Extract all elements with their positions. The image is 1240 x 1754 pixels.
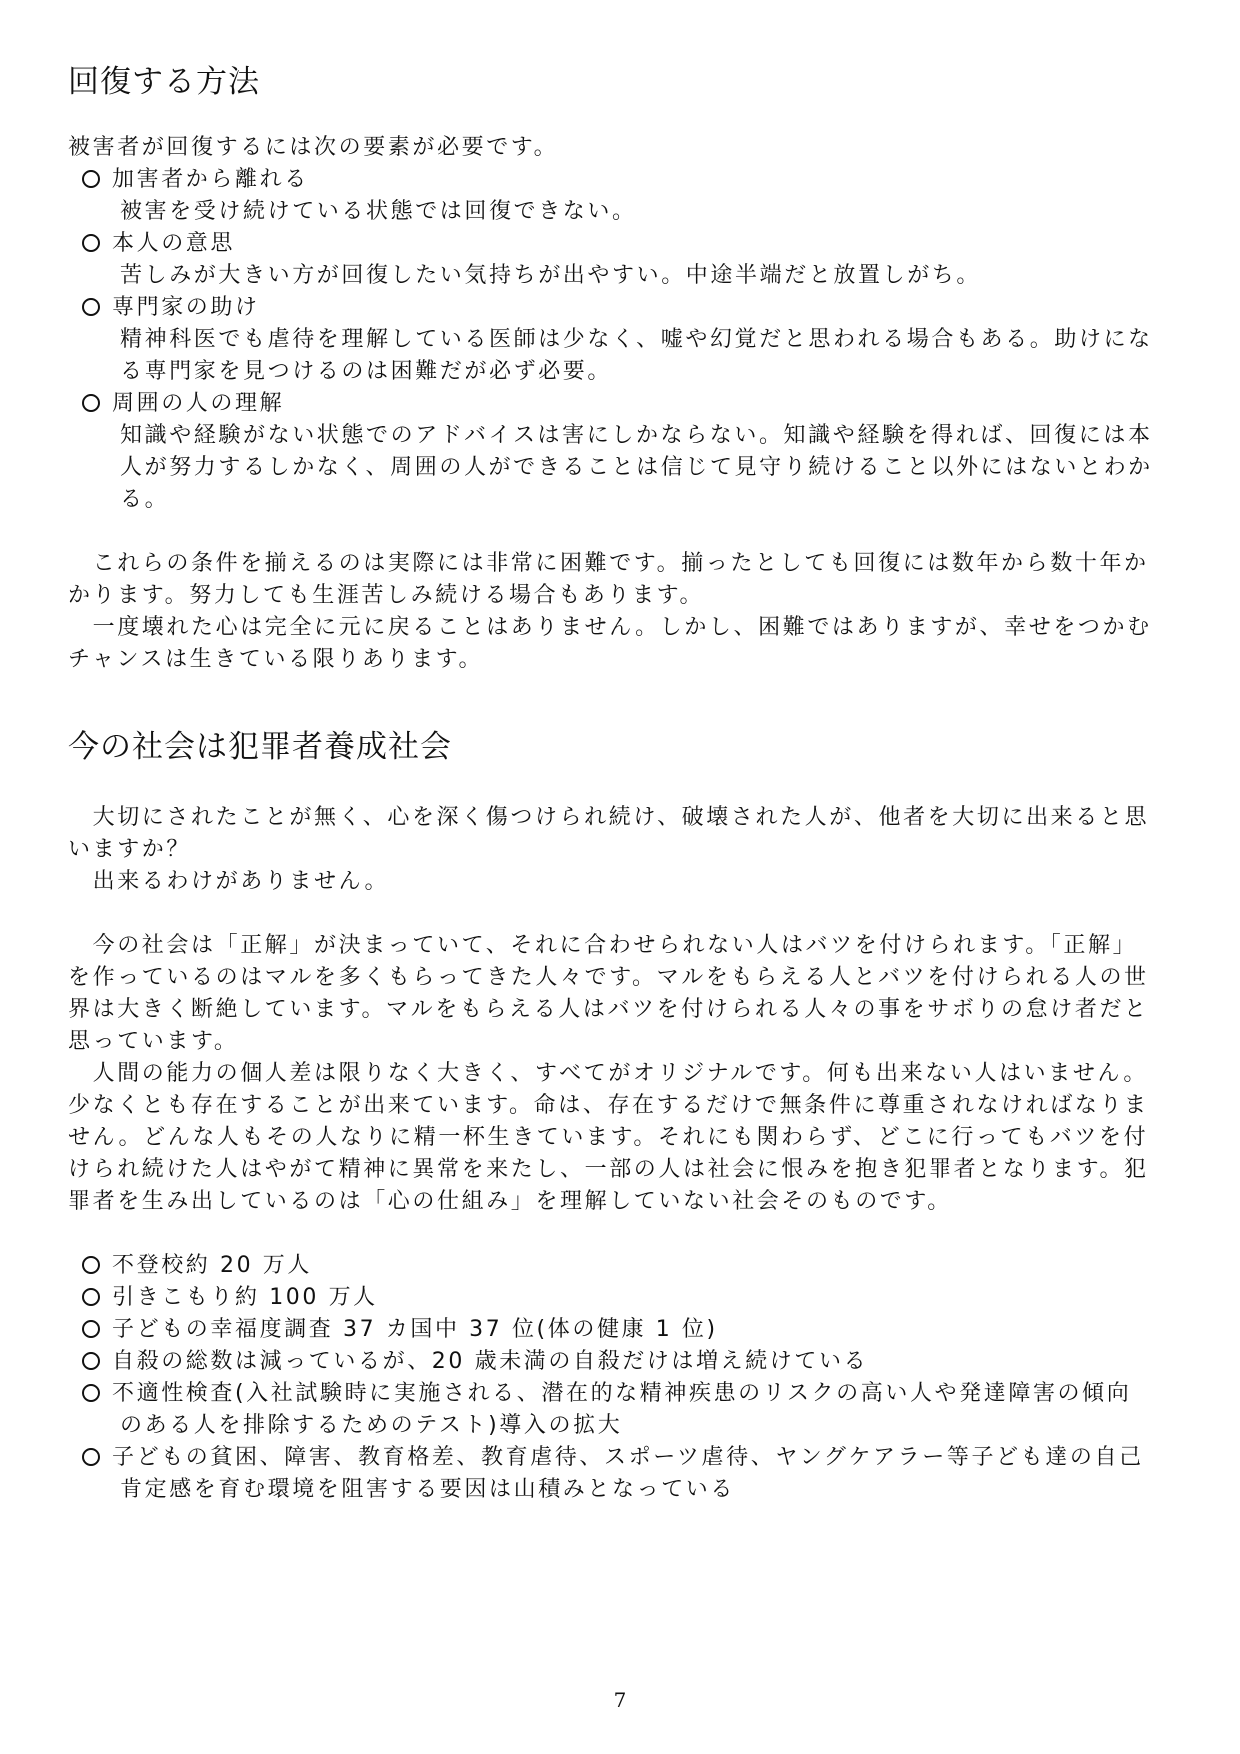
circle-bullet-icon [82,1256,100,1274]
list-item-text: 人が努力するしかなく、周囲の人ができることは信じて見守り続けること以外にはないと… [120,452,1153,484]
fact-text: 不適性検査(入社試験時に実施される、潜在的な精神疾患のリスクの高い人や発達障害の… [112,1381,1131,1406]
list-item-label: 専門家の助け [82,292,260,324]
page-number: 7 [0,1688,1240,1712]
fact-text: 子どもの貧困、障害、教育格差、教育虐待、スポーツ虐待、ヤングケアラー等子ども達の… [112,1445,1144,1470]
paragraph-line: 今の社会は「正解」が決まっていて、それに合わせられない人はバツを付けられます。「… [68,930,1137,962]
circle-bullet-icon [82,1320,100,1338]
fact-item: 不適性検査(入社試験時に実施される、潜在的な精神疾患のリスクの高い人や発達障害の… [82,1378,1131,1410]
circle-bullet-icon [82,1352,100,1370]
paragraph-line: これらの条件を揃えるのは実際には非常に困難です。揃ったとしても回復には数年から数… [68,548,1149,580]
section-intro: 被害者が回復するには次の要素が必要です。 [68,132,558,164]
fact-text: 引きこもり約 100 万人 [112,1285,378,1310]
list-item-label: 加害者から離れる [82,164,309,196]
paragraph-line: を作っているのはマルを多くもらってきた人々です。マルをもらえる人とバツを付けられ… [68,962,1149,994]
paragraph-line: 大切にされたことが無く、心を深く傷つけられ続け、破壊された人が、他者を大切に出来… [68,802,1149,834]
paragraph-line: 人間の能力の個人差は限りなく大きく、すべてがオリジナルです。何も出来ない人はいま… [68,1058,1148,1090]
list-item-text: 精神科医でも虐待を理解している医師は少なく、嘘や幻覚だと思われる場合もある。助け… [120,324,1153,356]
paragraph-line: 少なくとも存在することが出来ています。命は、存在するだけで無条件に尊重されなけれ… [68,1090,1149,1122]
circle-bullet-icon [82,394,100,412]
circle-bullet-icon [82,1448,100,1466]
fact-item: 不登校約 20 万人 [82,1250,312,1282]
paragraph-line: かります。努力しても生涯苦しみ続ける場合もあります。 [68,580,704,612]
list-item-text: る専門家を見つけるのは困難だが必ず必要。 [120,356,612,388]
circle-bullet-icon [82,1288,100,1306]
paragraph-line: 出来るわけがありません。 [68,866,389,898]
fact-item: 子どもの幸福度調査 37 カ国中 37 位(体の健康 1 位) [82,1314,718,1346]
list-item-text: る。 [120,484,169,516]
paragraph-line: 界は大きく断絶しています。マルをもらえる人はバツを付けられる人々の事をサボりの怠… [68,994,1149,1026]
item-label: 専門家の助け [112,295,260,320]
paragraph-line: いますか？ [68,834,191,866]
fact-item: 子どもの貧困、障害、教育格差、教育虐待、スポーツ虐待、ヤングケアラー等子ども達の… [82,1442,1144,1474]
item-label: 周囲の人の理解 [112,391,284,416]
paragraph-line: けられ続けた人はやがて精神に異常を来たし、一部の人は社会に恨みを抱き犯罪者となり… [68,1154,1149,1186]
paragraph-line: せん。どんな人もその人なりに精一杯生きています。それにも関わらず、どこに行っても… [68,1122,1148,1154]
list-item-text: 苦しみが大きい方が回復したい気持ちが出やすい。中途半端だと放置しがち。 [120,260,981,292]
circle-bullet-icon [82,298,100,316]
section-title-recovery: 回復する方法 [68,62,260,102]
paragraph-line: チャンスは生きている限りあります。 [68,644,483,676]
section-title-society: 今の社会は犯罪者養成社会 [68,727,452,767]
list-item-text: 被害を受け続けている状態では回復できない。 [120,196,637,228]
circle-bullet-icon [82,234,100,252]
item-label: 本人の意思 [112,231,235,256]
fact-text: 自殺の総数は減っているが、20 歳未満の自殺だけは増え続けている [112,1349,868,1374]
circle-bullet-icon [82,1384,100,1402]
paragraph-line: 罪者を生み出しているのは「心の仕組み」を理解していない社会そのものです。 [68,1186,952,1218]
fact-text: 不登校約 20 万人 [112,1253,312,1278]
circle-bullet-icon [82,170,100,188]
list-item-text: 知識や経験がない状態でのアドバイスは害にしかならない。知識や経験を得れば、回復に… [120,420,1153,452]
fact-text-continued: 肯定感を育む環境を阻害する要因は山積みとなっている [120,1474,735,1506]
item-label: 加害者から離れる [112,167,309,192]
paragraph-line: 一度壊れた心は完全に元に戻ることはありません。しかし、困難ではありますが、幸せを… [68,612,1152,644]
list-item-label: 本人の意思 [82,228,235,260]
list-item-label: 周囲の人の理解 [82,388,284,420]
fact-item: 自殺の総数は減っているが、20 歳未満の自殺だけは増え続けている [82,1346,868,1378]
fact-text: 子どもの幸福度調査 37 カ国中 37 位(体の健康 1 位) [112,1317,718,1342]
fact-text-continued: のある人を排除するためのテスト)導入の拡大 [120,1410,622,1442]
paragraph-line: 思っています。 [68,1026,238,1058]
fact-item: 引きこもり約 100 万人 [82,1282,378,1314]
